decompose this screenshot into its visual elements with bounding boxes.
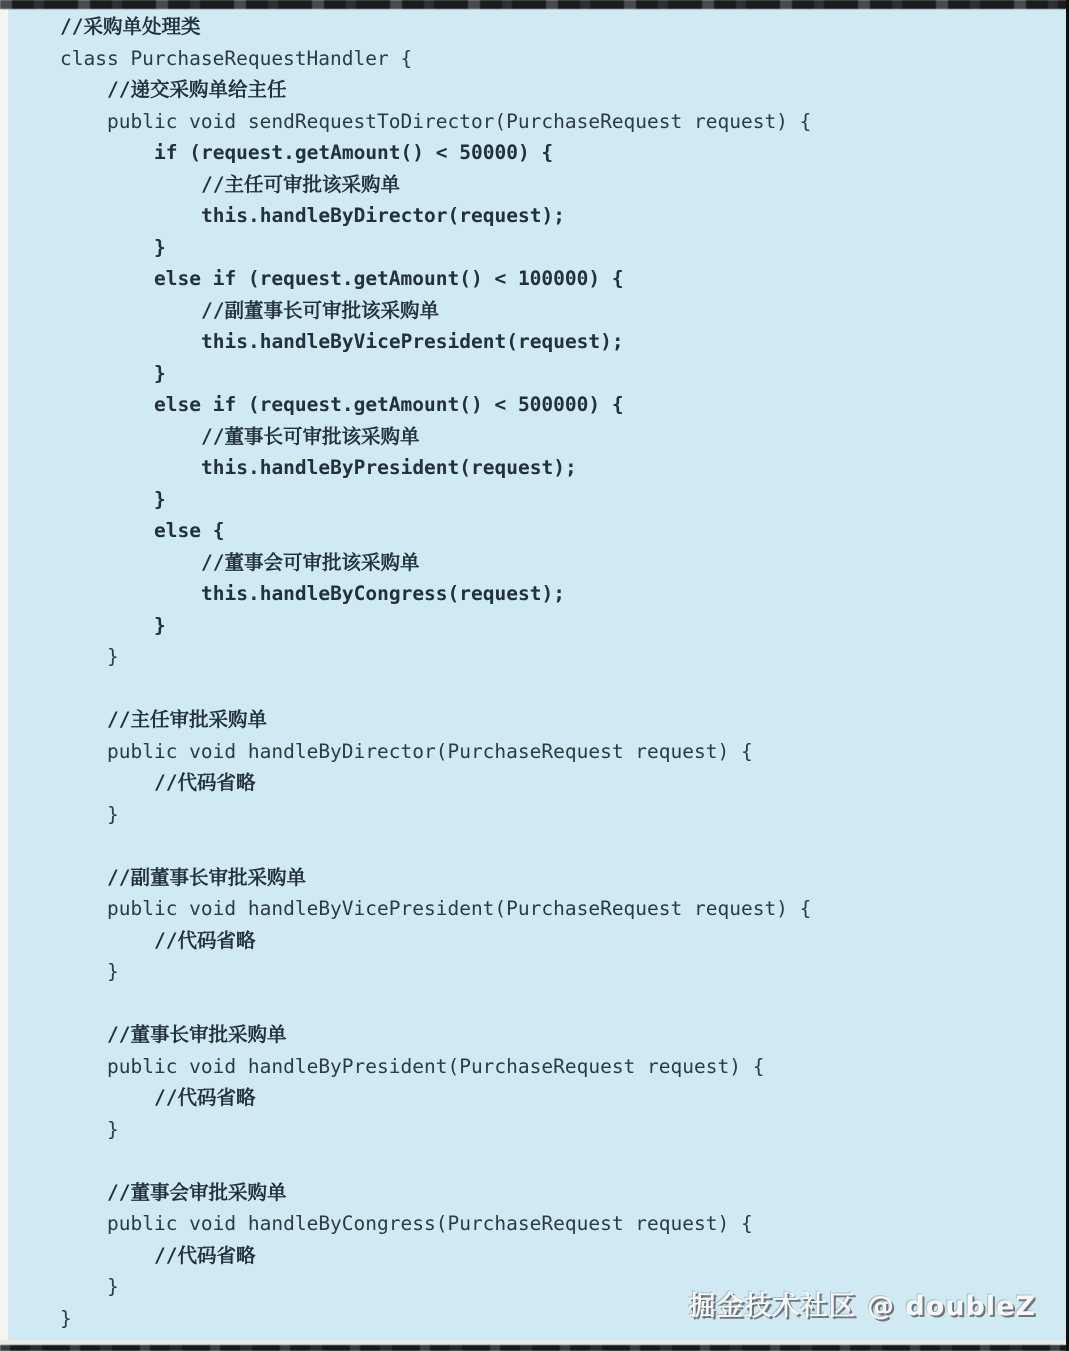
code-line: }	[8, 799, 1066, 831]
code-line: public void handleByCongress(PurchaseReq…	[8, 1208, 1066, 1240]
code-line: //代码省略	[8, 1240, 1066, 1272]
code-line: //董事会审批采购单	[8, 1177, 1066, 1209]
code-blank-line	[8, 673, 1066, 705]
bottom-crop-band	[0, 1345, 1069, 1351]
code-line: this.handleByDirector(request);	[8, 200, 1066, 232]
code-line: //主任可审批该采购单	[8, 169, 1066, 201]
code-line: //主任审批采购单	[8, 704, 1066, 736]
code-line: public void handleByDirector(PurchaseReq…	[8, 736, 1066, 768]
code-line: //采购单处理类	[8, 11, 1066, 43]
code-blank-line	[8, 830, 1066, 862]
code-line: }	[8, 232, 1066, 264]
code-line: //代码省略	[8, 1082, 1066, 1114]
code-line: this.handleByCongress(request);	[8, 578, 1066, 610]
code-line: public void sendRequestToDirector(Purcha…	[8, 106, 1066, 138]
scanned-code-page: //采购单处理类class PurchaseRequestHandler {//…	[0, 0, 1069, 1351]
code-line: //副董事长审批采购单	[8, 862, 1066, 894]
code-line: //董事会可审批该采购单	[8, 547, 1066, 579]
code-line: }	[8, 641, 1066, 673]
code-blank-line	[8, 988, 1066, 1020]
code-line: }	[8, 358, 1066, 390]
code-line: //递交采购单给主任	[8, 74, 1066, 106]
top-crop-band	[0, 0, 1069, 9]
code-line: public void handleByVicePresident(Purcha…	[8, 893, 1066, 925]
code-line: this.handleByPresident(request);	[8, 452, 1066, 484]
code-line: else {	[8, 515, 1066, 547]
code-line: //代码省略	[8, 925, 1066, 957]
code-line: //董事长审批采购单	[8, 1019, 1066, 1051]
code-line: class PurchaseRequestHandler {	[8, 43, 1066, 75]
watermark: 掘金技术社区 @ doubleZ	[689, 1284, 1036, 1323]
code-line: //董事长可审批该采购单	[8, 421, 1066, 453]
code-line: //副董事长可审批该采购单	[8, 295, 1066, 327]
code-listing: //采购单处理类class PurchaseRequestHandler {//…	[8, 9, 1066, 1334]
code-line: }	[8, 484, 1066, 516]
code-line: if (request.getAmount() < 50000) {	[8, 137, 1066, 169]
code-line: }	[8, 956, 1066, 988]
code-line: //代码省略	[8, 767, 1066, 799]
code-line: public void handleByPresident(PurchaseRe…	[8, 1051, 1066, 1083]
code-line: else if (request.getAmount() < 100000) {	[8, 263, 1066, 295]
code-line: this.handleByVicePresident(request);	[8, 326, 1066, 358]
code-line: }	[8, 1114, 1066, 1146]
code-line: else if (request.getAmount() < 500000) {	[8, 389, 1066, 421]
left-page-edge	[0, 9, 8, 1340]
code-line: }	[8, 610, 1066, 642]
code-blank-line	[8, 1145, 1066, 1177]
